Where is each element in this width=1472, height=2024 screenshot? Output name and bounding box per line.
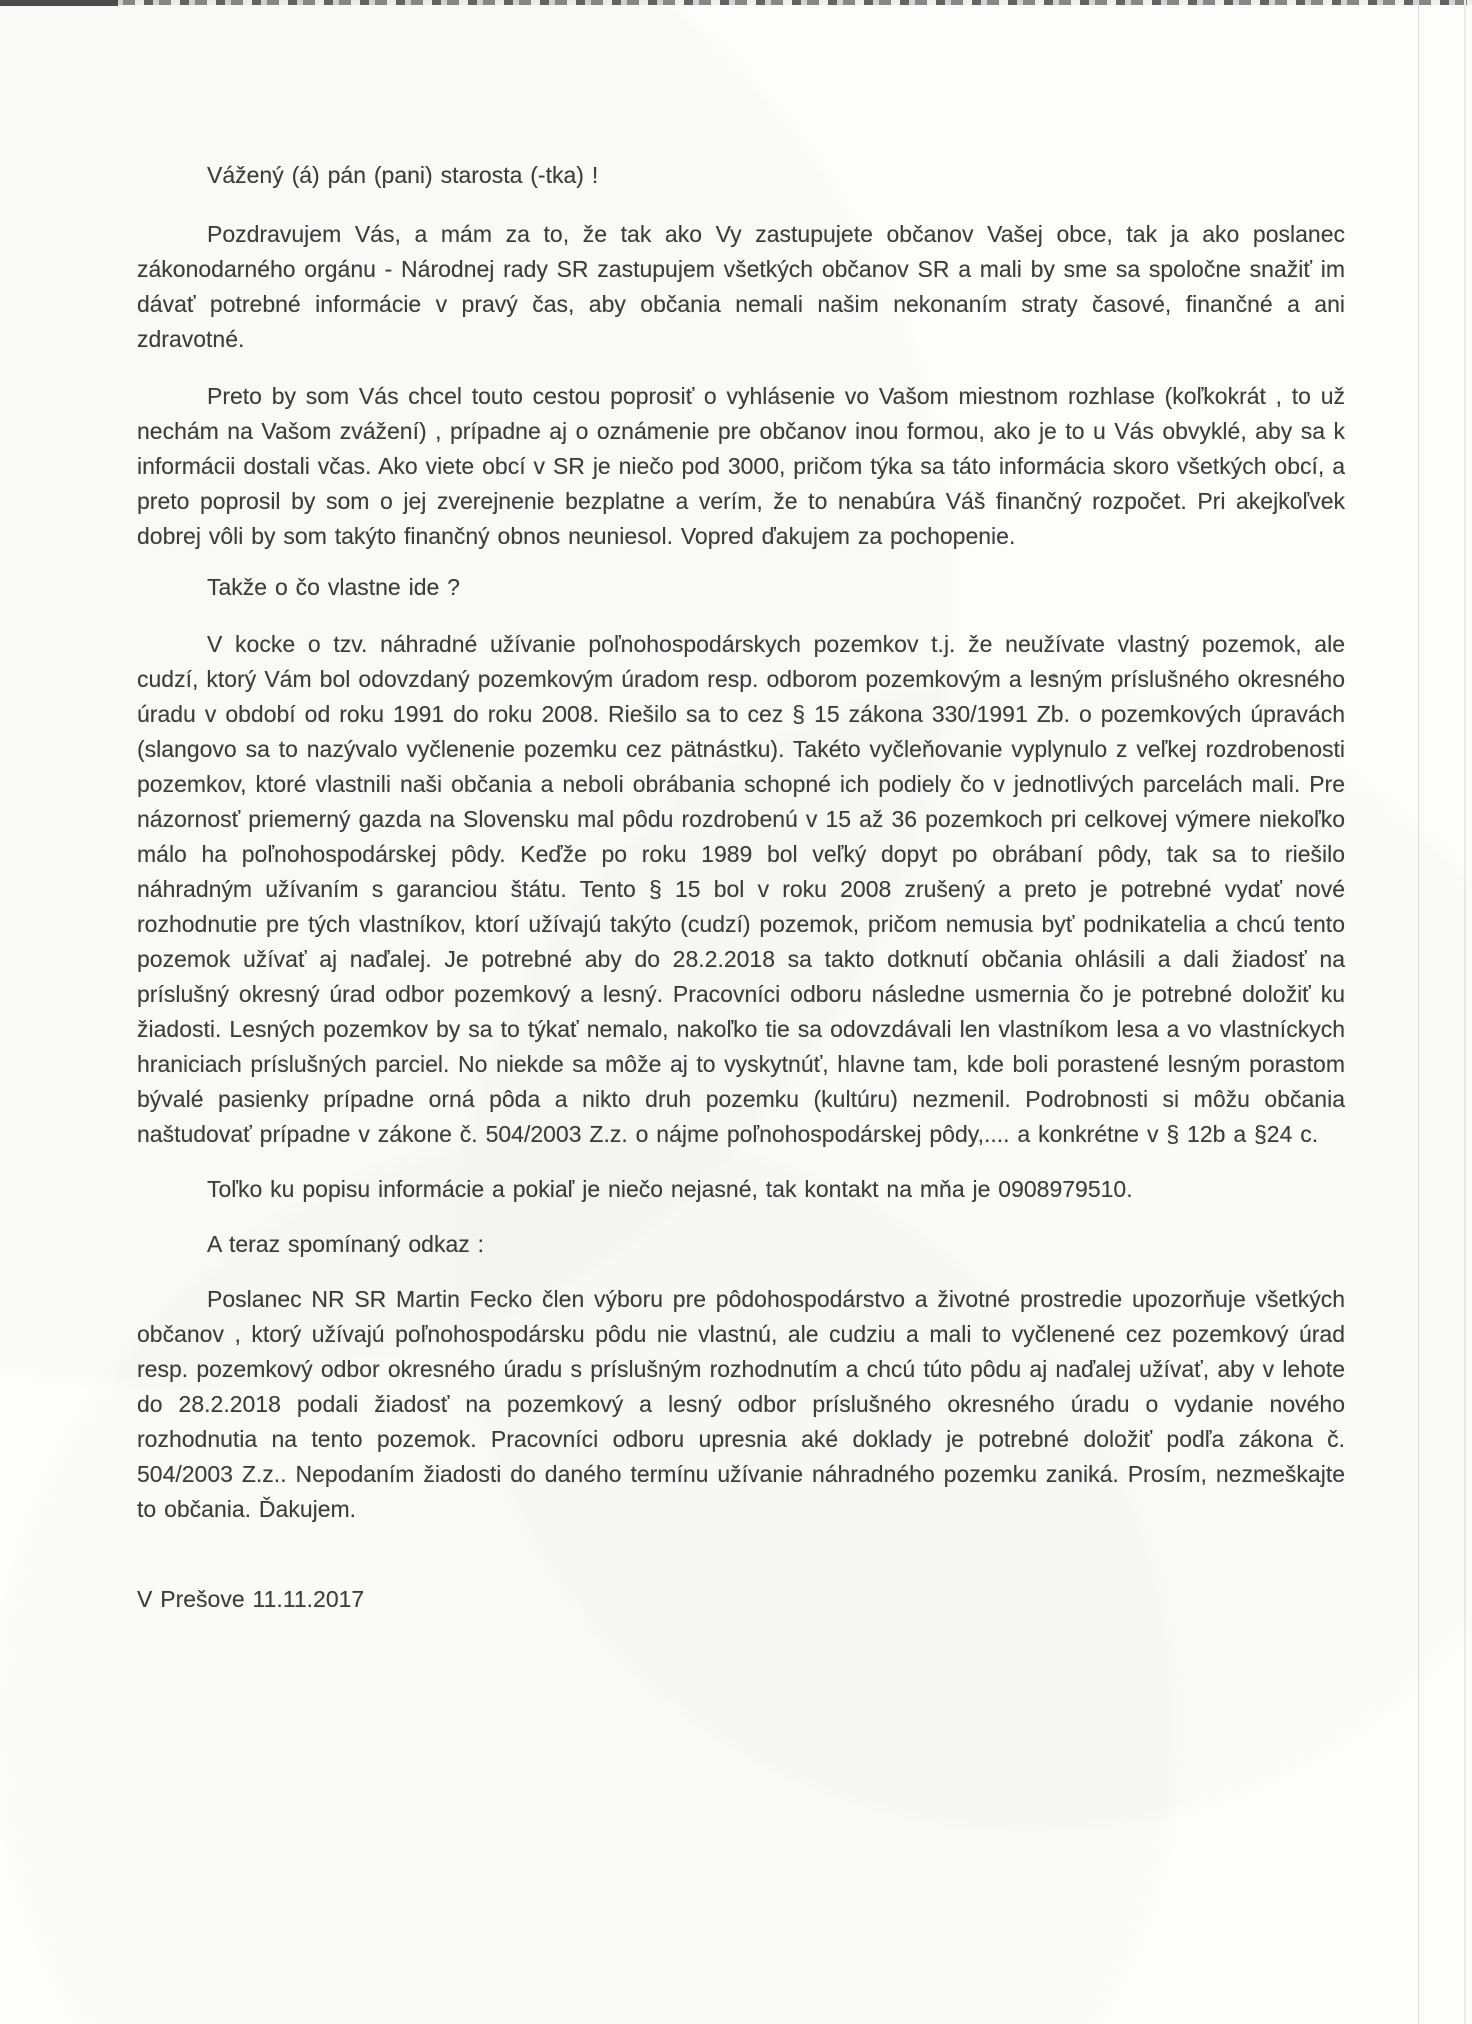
scan-top-edge-artifact	[0, 0, 1472, 5]
paragraph-land-use-explanation: V kocke o tzv. náhradné užívanie poľnoho…	[137, 627, 1345, 1152]
paragraph-official-notice: Poslanec NR SR Martin Fecko člen výboru …	[137, 1282, 1345, 1527]
place-and-date-line: V Prešove 11.11.2017	[137, 1582, 1345, 1617]
letter-body: Vážený (á) pán (pani) starosta (-tka) ! …	[137, 158, 1345, 1617]
paragraph-broadcast-request: Preto by som Vás chcel touto cestou popr…	[137, 379, 1345, 554]
salutation-line: Vážený (á) pán (pani) starosta (-tka) !	[137, 158, 1345, 193]
scanned-letter-page: Vážený (á) pán (pani) starosta (-tka) ! …	[0, 0, 1472, 2024]
paragraph-greeting: Pozdravujem Vás, a mám za to, že tak ako…	[137, 217, 1345, 357]
lead-in-line: A teraz spomínaný odkaz :	[137, 1227, 1345, 1262]
scan-top-left-artifact	[0, 0, 118, 6]
contact-line: Toľko ku popisu informácie a pokiaľ je n…	[137, 1172, 1345, 1207]
scan-right-edge-artifact	[1464, 0, 1466, 2024]
scan-vertical-line-artifact	[1418, 0, 1419, 2024]
question-line: Takže o čo vlastne ide ?	[137, 570, 1345, 605]
